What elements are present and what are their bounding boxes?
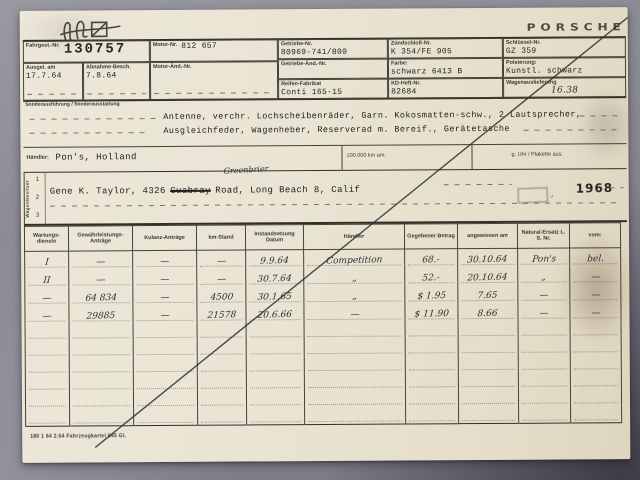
table-cell: [25, 358, 69, 375]
table-cell: [26, 409, 70, 427]
table-cell: —: [518, 303, 570, 321]
handwritten-entry: bel.: [586, 254, 604, 264]
table-cell: II: [25, 270, 69, 288]
table-cell: „: [518, 267, 570, 285]
header-field-cell: Motor-Nr.812 657: [150, 39, 278, 62]
table-cell: [197, 390, 246, 407]
table-cell: „: [304, 286, 405, 305]
dealer-row: Händler: Pon's, Holland 100.000 km am: g…: [23, 143, 626, 173]
dash-leader: [27, 93, 79, 94]
handwritten-entry: 64 834: [85, 293, 117, 304]
owner-side-label: Wagenbesitzer: [24, 173, 35, 224]
header-field-cell: Farbe:schwarz 6413 B: [388, 58, 503, 79]
table-cell: —: [197, 250, 246, 269]
photo-background: PORSCHE Fahrgest.-Nr.130757Ausgel. am17.…: [0, 0, 640, 480]
table-column-header: Händler: [303, 224, 404, 250]
handwritten-entry: —: [591, 308, 601, 318]
table-cell: [25, 375, 69, 392]
dash-leader: [579, 115, 621, 116]
field-value: 7.8.64: [84, 70, 149, 81]
field-value: K 354/FE 905: [389, 46, 502, 58]
handwritten-entry: —: [160, 257, 170, 267]
date-stamp-month-box: [517, 187, 548, 203]
table-cell: [458, 372, 518, 389]
table-cell: [69, 374, 133, 391]
header-field-cell: Motor-Änd.-Nr.: [150, 61, 278, 100]
header-field-cell: Reifen-FabrikatConti 165-15: [278, 79, 388, 100]
table-cell: 30.7.64: [246, 268, 304, 286]
table-column-header: Gegebener Betrag: [404, 224, 457, 249]
field-label: Fahrgest.-Nr.: [24, 42, 62, 49]
table-cell: [518, 355, 570, 372]
table-cell: 9.9.64: [246, 250, 304, 269]
handwritten-entry: 8.66: [478, 309, 499, 319]
handwritten-entry: Pon's: [531, 254, 556, 265]
handwritten-entry: —: [96, 257, 106, 267]
owner-row-number: 3: [36, 213, 44, 219]
divider: [45, 173, 46, 224]
handwritten-entry: —: [216, 257, 226, 267]
dash-leader: [29, 118, 155, 120]
table-column-header: Gewährleistungs-Anträge: [68, 226, 132, 251]
table-cell: [69, 340, 133, 357]
table-cell: [246, 390, 304, 407]
table-cell: —: [133, 269, 197, 287]
dash-leader: [50, 202, 620, 206]
table-cell: [69, 357, 133, 374]
handwritten-entry: 4500: [210, 292, 234, 303]
table-cell: —: [570, 284, 621, 302]
handwritten-entry: „: [541, 273, 546, 283]
table-cell: [518, 338, 570, 355]
owner-line1: Gene K. Taylor, 4326 Guabray Road, Long …: [50, 179, 361, 199]
field-value: Kunstl. schwarz: [504, 65, 625, 77]
field-value: schwarz 6413 B: [389, 66, 502, 78]
field-value: 812 657: [179, 41, 219, 52]
special-equipment-section: Sonderausführung / Sonderausstattung Ant…: [23, 97, 626, 147]
handwritten-entry: —: [350, 310, 360, 320]
table-column-header: Instandsetzung Datum: [245, 225, 303, 250]
table-cell: [133, 340, 197, 357]
table-cell: [133, 323, 197, 340]
handwritten-entry: $ 11.90: [414, 309, 449, 320]
handwritten-entry: —: [42, 312, 52, 322]
dash-leader: [29, 132, 147, 134]
table-column-header: angewiesen am: [457, 223, 517, 248]
handwritten-entry: $ 1.95: [417, 291, 447, 302]
table-cell: 20.6.66: [246, 304, 304, 322]
field-label: Motor-Nr.: [151, 41, 179, 48]
field-value: 130757: [62, 41, 129, 57]
table-cell: I: [25, 251, 69, 270]
table-cell: [405, 355, 458, 372]
table-cell: [197, 339, 246, 356]
table-cell: 52.-: [405, 267, 458, 285]
table-cell: [518, 372, 570, 389]
table-cell: [458, 338, 518, 355]
table-cell: [405, 321, 458, 338]
handwritten-entry: 30.10.64: [467, 255, 508, 266]
field-value: Conti 165-15: [279, 87, 387, 99]
special-equipment-line1: Antenne, verchr. Lochscheibenräder, Garn…: [163, 109, 581, 122]
table-cell: [25, 324, 69, 341]
table-cell: $ 1.95: [405, 285, 458, 303]
dash-leader: [154, 92, 274, 94]
owner-street-correction: Greenbrier: [223, 164, 268, 176]
handwritten-entry: —: [590, 290, 600, 300]
table-cell: bel.: [570, 248, 621, 267]
field-value: 80969-741/800: [279, 47, 387, 59]
table-cell: [246, 373, 304, 390]
table-cell: [519, 406, 571, 424]
table-cell: [570, 320, 621, 337]
table-column-header: km-Stand: [196, 225, 245, 250]
table-cell: [197, 356, 246, 373]
table-cell: 30.1.65: [246, 286, 304, 304]
table-cell: [197, 322, 246, 339]
handwritten-entry: „: [352, 274, 357, 284]
header-field-cell: Polsterung:Kunstl. schwarz: [503, 57, 626, 78]
handwritten-entry: 20.10.64: [467, 273, 508, 284]
form-number-footer: 180 1 64 2.64 Fahrzeugkartei 645 Gl.: [30, 433, 126, 440]
dash-leader: [87, 93, 146, 94]
table-cell: [70, 408, 134, 426]
table-cell: [518, 321, 570, 338]
table-cell: 8.66: [458, 303, 518, 321]
header-field-cell: KD-Heft-Nr.82684: [388, 78, 503, 99]
table-cell: [518, 389, 570, 406]
date-stamp-year: 1968: [576, 181, 614, 196]
table-cell: [69, 391, 133, 408]
owner-address: Road, Long Beach 8, Calif: [215, 185, 360, 196]
field-value: 16.38: [504, 85, 625, 97]
table-cell: Pon's: [518, 248, 570, 267]
table-cell: [458, 355, 518, 372]
header-field-cell: Ausgel. am17.7.64: [23, 62, 83, 100]
table-cell: [304, 373, 405, 391]
handwritten-entry: 9.9.64: [260, 256, 290, 267]
handwritten-entry: I: [44, 258, 48, 268]
table-cell: —: [69, 251, 133, 270]
divider: [471, 145, 472, 169]
table-cell: —: [69, 269, 133, 287]
header-field-cell: Getriebe-Änd.-Nr.: [278, 59, 388, 80]
header-field-cell: Abnahme-Besch.7.8.64: [83, 62, 150, 100]
table-cell: 21578: [197, 304, 246, 322]
header-field-cell: Zündschloß-Nr.K 354/FE 905: [388, 38, 503, 59]
field-value: GZ 359: [504, 45, 625, 57]
table-cell: [304, 339, 405, 357]
dash-leader: [444, 184, 512, 185]
table-cell: 4500: [197, 286, 246, 304]
table-cell: —: [133, 250, 197, 269]
handwritten-entry: —: [539, 309, 549, 319]
table-cell: [25, 392, 69, 409]
table-cell: —: [25, 288, 69, 306]
table-cell: [246, 339, 304, 356]
handwritten-entry: —: [216, 275, 226, 285]
table-cell: [405, 389, 458, 406]
table-cell: [304, 356, 405, 374]
table-cell: [133, 391, 197, 408]
table-cell: —: [570, 266, 621, 284]
table-cell: —: [197, 268, 246, 286]
table-empty-row: [26, 405, 622, 426]
table-cell: [246, 322, 304, 339]
owner-row-number: 1: [36, 177, 44, 183]
table-cell: —: [518, 285, 570, 303]
handwritten-entry: 21578: [207, 310, 237, 321]
table-cell: [246, 356, 304, 373]
dash-leader: [610, 187, 624, 188]
header-field-cell: Getriebe-Nr.80969-741/800: [278, 39, 388, 60]
table-cell: 7.65: [458, 285, 518, 303]
table-cell: $ 11.90: [405, 303, 458, 321]
table-cell: [25, 341, 69, 358]
table-cell: [570, 354, 621, 371]
clock-plakette-label: g. Uhr / Plakette aus:: [511, 152, 562, 158]
handwritten-entry: II: [43, 276, 51, 286]
porsche-logo: PORSCHE: [470, 22, 626, 34]
handwritten-entry: 7.65: [477, 291, 498, 301]
handwritten-entry: „: [352, 292, 357, 302]
table-cell: [570, 388, 621, 405]
table-cell: [247, 407, 305, 425]
table-cell: [69, 323, 133, 340]
table-cell: [571, 405, 622, 423]
handwritten-entry: —: [539, 291, 549, 301]
stamp-comma: ,: [551, 192, 555, 199]
owner-name: Gene K. Taylor, 4326: [50, 186, 166, 197]
handwritten-entry: —: [590, 272, 600, 282]
table-cell: [197, 373, 246, 390]
table-cell: [406, 406, 459, 424]
header-field-grid: Fahrgest.-Nr.130757Ausgel. am17.7.64Abna…: [20, 7, 628, 11]
table-cell: 64 834: [69, 287, 133, 305]
service-warranty-table: Wartungs-diensteGewährleistungs-AnträgeK…: [24, 222, 622, 427]
header-field-cell: Fahrgest.-Nr.130757: [23, 40, 150, 63]
table-cell: [570, 371, 621, 388]
table-cell: —: [133, 287, 197, 305]
handwritten-entry: 52.-: [422, 273, 440, 283]
table-cell: —: [570, 302, 621, 320]
table-cell: [458, 389, 518, 406]
dash-leader: [523, 129, 621, 131]
table-column-header: Natural-Ersatz L. S. Nr.: [517, 223, 569, 248]
handwritten-entry: —: [160, 293, 170, 303]
handwritten-entry: —: [96, 275, 106, 285]
table-cell: 68.-: [405, 249, 458, 268]
table-cell: —: [133, 305, 197, 323]
special-equipment-line2: Ausgleichfeder, Wagenheber, Reserverad m…: [163, 124, 510, 136]
table-cell: [134, 408, 198, 426]
table-cell: —: [25, 306, 69, 324]
dealer-value: Pon's, Holland: [55, 152, 136, 162]
vehicle-record-card: PORSCHE Fahrgest.-Nr.130757Ausgel. am17.…: [20, 7, 631, 463]
handwritten-entry: 30.1.65: [257, 292, 292, 303]
handwritten-entry: 30.7.64: [257, 274, 292, 285]
handwritten-entry: 68.-: [422, 255, 440, 265]
divider: [341, 146, 342, 170]
table-cell: [133, 357, 197, 374]
table-cell: [304, 390, 405, 408]
table-cell: [570, 337, 621, 354]
dealer-label: Händler:: [27, 155, 49, 161]
table-cell: [305, 407, 406, 425]
owner-street-struck: Guabray: [170, 186, 211, 196]
table-cell: [458, 321, 518, 338]
special-equipment-label: Sonderausführung / Sonderausstattung: [25, 101, 119, 108]
table-cell: [405, 372, 458, 389]
handwritten-entry: —: [160, 311, 170, 321]
table-column-header: Kulanz-Anträge: [132, 225, 196, 250]
handwritten-entry: Competition: [326, 255, 383, 266]
handwritten-entry: 29885: [86, 311, 116, 322]
table-cell: [133, 374, 197, 391]
table-cell: „: [304, 268, 405, 287]
km-label: 100.000 km am:: [346, 153, 385, 159]
table-column-header: Wartungs-dienste: [24, 226, 68, 251]
handwritten-entry: 20.6.66: [257, 310, 292, 321]
table-column-header: vom:: [569, 223, 620, 248]
header-field-cell: Wagenauslieferung16.38: [503, 77, 626, 98]
field-value: 82684: [389, 86, 502, 98]
handwritten-entry: —: [160, 275, 170, 285]
table-cell: [304, 322, 405, 340]
table-cell: 30.10.64: [458, 248, 518, 267]
table-cell: [198, 407, 247, 425]
table-cell: 20.10.64: [458, 267, 518, 285]
owner-row-number: 2: [36, 195, 44, 201]
handwritten-entry: —: [42, 294, 52, 304]
table-cell: [405, 338, 458, 355]
table-cell: [459, 406, 519, 424]
table-cell: Competition: [304, 249, 405, 268]
field-value: 17.7.64: [24, 70, 82, 81]
owner-section: Wagenbesitzer 1 2 3 Gene K. Taylor, 4326…: [24, 169, 627, 226]
header-field-cell: Schlüssel-Nr.GZ 359: [503, 37, 626, 58]
table-cell: 29885: [69, 305, 133, 323]
table-cell: —: [304, 304, 405, 323]
